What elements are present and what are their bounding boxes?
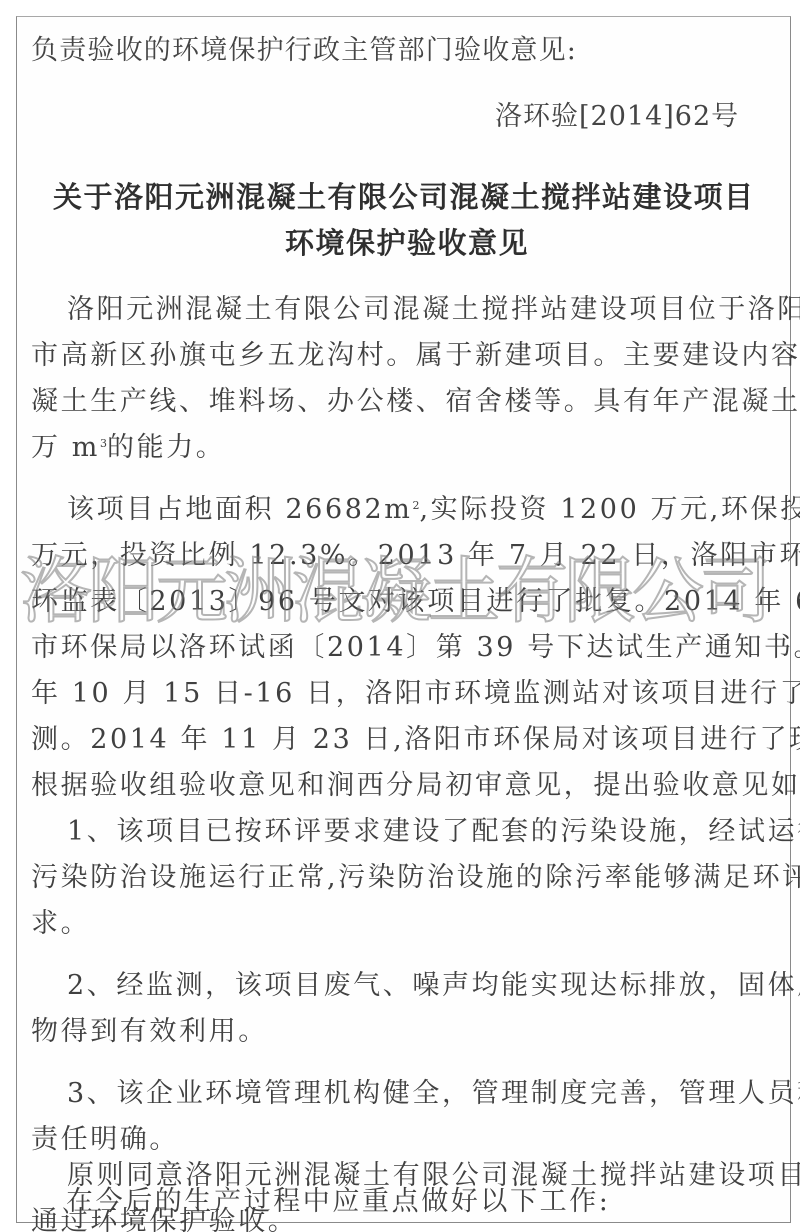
paragraph-line: 责任明确。 [31, 1124, 179, 1156]
paragraph-line: 该项目占地面积 26682m2,实际投资 1200 万元,环保投资 148 [67, 494, 800, 526]
paragraph-line: 根据验收组验收意见和涧西分局初审意见，提出验收意见如下: [31, 770, 800, 802]
unit-text-tail: 的能力。 [107, 432, 225, 463]
paragraph-line: 测。2014 年 11 月 23 日,洛阳市环保局对该项目进行了现场验收, [31, 724, 800, 756]
paragraph-line: 万元，投资比例 12.3%。2013 年 7 月 22 日，洛阳市环保局以洛 [31, 540, 800, 572]
paragraph-line: 万 m3的能力。 [31, 432, 225, 464]
list-item-2: 2、经监测，该项目废气、噪声均能实现达标排放，固体废 [67, 970, 800, 1002]
paragraph-line: 凝土生产线、堆料场、办公楼、宿舍楼等。具有年产混凝土 30 [31, 386, 800, 418]
area-text: 该项目占地面积 26682m [67, 494, 412, 525]
superscript: 3 [100, 437, 107, 450]
closing-line: 在今后的生产过程中应重点做好以下工作: [66, 1186, 611, 1218]
investment-text: ,实际投资 1200 万元,环保投资 148 [419, 494, 800, 525]
paragraph-line: 市高新区孙旗屯乡五龙沟村。属于新建项目。主要建设内容为混 [31, 340, 800, 372]
document-frame: 负责验收的环境保护行政主管部门验收意见: 洛环验[2014]62号 关于洛阳元洲… [16, 16, 791, 1223]
paragraph-line: 年 10 月 15 日-16 日，洛阳市环境监测站对该项目进行了现场监 [31, 678, 800, 710]
list-item-3: 3、该企业环境管理机构健全，管理制度完善，管理人员和 [67, 1078, 800, 1110]
paragraph-line: 市环保局以洛环试函〔2014〕第 39 号下达试生产通知书。2014 [31, 632, 800, 664]
paragraph-line: 环监表〔2013〕96 号文对该项目进行了批复。2014 年 6 月洛阳 [31, 586, 800, 618]
document-title-line-2: 环境保护验收意见 [285, 227, 529, 259]
paragraph-line: 洛阳元洲混凝土有限公司混凝土搅拌站建设项目位于洛阳 [67, 294, 800, 326]
paragraph-line: 求。 [31, 908, 90, 940]
list-item-1: 1、该项目已按环评要求建设了配套的污染设施，经试运行 [67, 816, 800, 848]
document-number: 洛环验[2014]62号 [495, 101, 739, 133]
superscript: 2 [412, 499, 419, 512]
document-title-line-1: 关于洛阳元洲混凝土有限公司混凝土搅拌站建设项目 [53, 181, 755, 213]
paragraph-line: 物得到有效利用。 [31, 1016, 268, 1048]
paragraph-line: 污染防治设施运行正常,污染防治设施的除污率能够满足环评要 [31, 862, 800, 894]
section-label: 负责验收的环境保护行政主管部门验收意见: [31, 35, 577, 67]
unit-text: 万 m [31, 432, 100, 463]
